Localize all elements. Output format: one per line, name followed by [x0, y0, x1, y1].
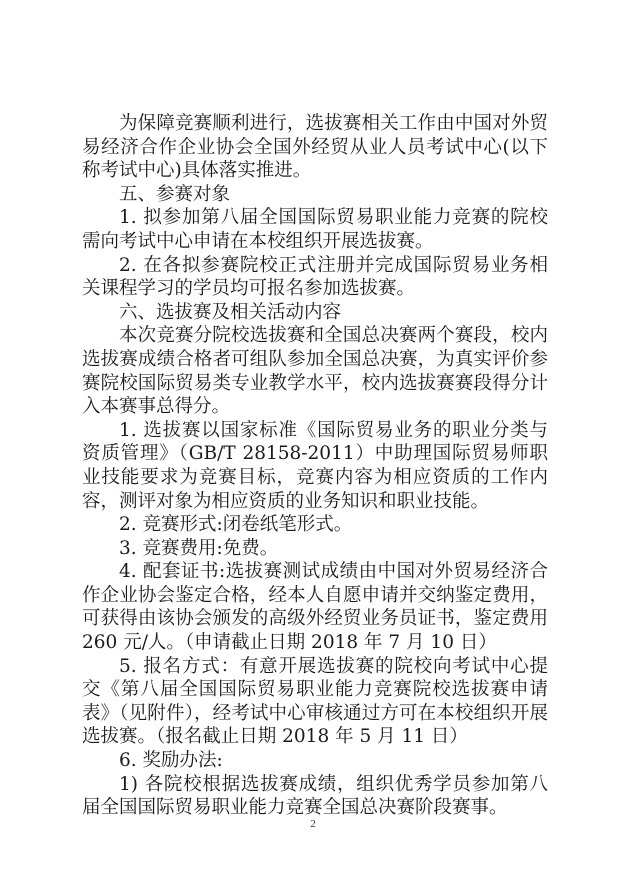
paragraph-format: 2. 竞赛形式:闭卷纸笔形式。 [82, 513, 548, 537]
page-number: 2 [0, 818, 626, 830]
section-heading-activities: 六、选拔赛及相关活动内容 [82, 301, 548, 325]
paragraph-participants-1: 1. 拟参加第八届全国国际贸易职业能力竞赛的院校需向考试中心申请在本校组织开展选… [82, 206, 548, 253]
paragraph-intro: 为保障竞赛顺利进行，选拔赛相关工作由中国对外贸易经济合作企业协会全国外经贸从业人… [82, 112, 548, 183]
paragraph-standard: 1. 选拔赛以国家标准《国际贸易业务的职业分类与资质管理》（GB/T 28158… [82, 419, 548, 513]
document-page: 为保障竞赛顺利进行，选拔赛相关工作由中国对外贸易经济合作企业协会全国外经贸从业人… [0, 0, 626, 886]
paragraph-fee: 3. 竞赛费用:免费。 [82, 537, 548, 561]
section-heading-participants: 五、参赛对象 [82, 183, 548, 207]
paragraph-certificate: 4. 配套证书:选拔赛测试成绩由中国对外贸易经济合作企业协会鉴定合格，经本人自愿… [82, 560, 548, 654]
document-body: 为保障竞赛顺利进行，选拔赛相关工作由中国对外贸易经济合作企业协会全国外经贸从业人… [82, 112, 548, 820]
paragraph-stages: 本次竞赛分院校选拔赛和全国总决赛两个赛段，校内选拔赛成绩合格者可组队参加全国总决… [82, 324, 548, 418]
paragraph-participants-2: 2. 在各拟参赛院校正式注册并完成国际贸易业务相关课程学习的学员均可报名参加选拔… [82, 254, 548, 301]
paragraph-rewards-heading: 6. 奖励办法: [82, 749, 548, 773]
paragraph-registration: 5. 报名方式：有意开展选拔赛的院校向考试中心提交《第八届全国国际贸易职业能力竞… [82, 655, 548, 749]
paragraph-rewards-1: 1) 各院校根据选拔赛成绩，组织优秀学员参加第八届全国国际贸易职业能力竞赛全国总… [82, 773, 548, 820]
